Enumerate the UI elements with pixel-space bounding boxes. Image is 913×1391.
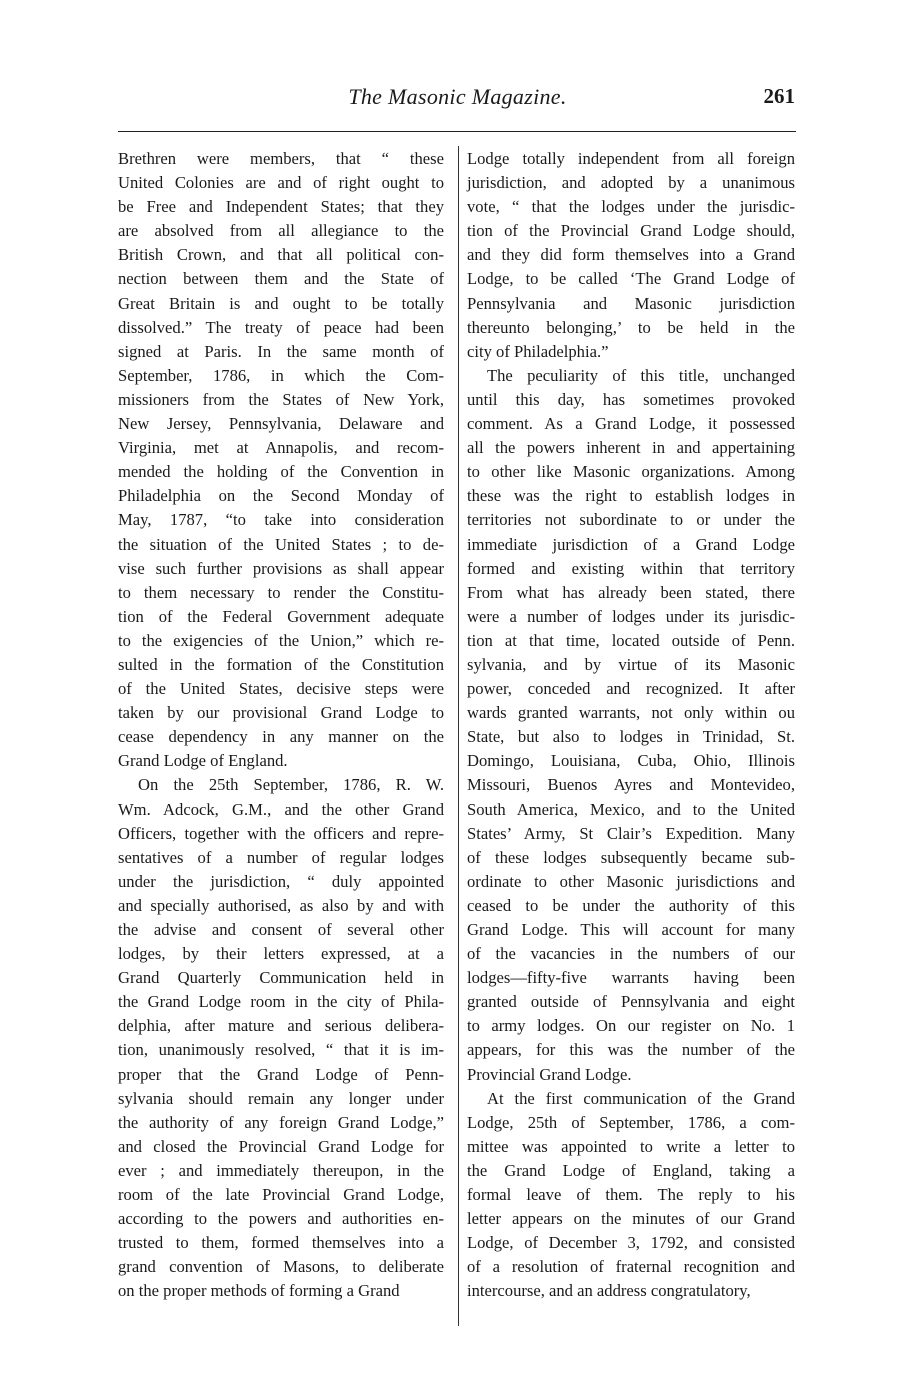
text-line: vise such further provisions as shall ap…	[118, 557, 444, 581]
text-line: At the first communication of the Grand	[467, 1087, 795, 1111]
text-line: Lodge, of December 3, 1792, and consiste…	[467, 1231, 795, 1255]
text-line: grand convention of Masons, to deliberat…	[118, 1255, 444, 1279]
text-line: immediate jurisdiction of a Grand Lodge	[467, 533, 795, 557]
text-line: tion of the Provincial Grand Lodge shoul…	[467, 219, 795, 243]
text-line: British Crown, and that all political co…	[118, 243, 444, 267]
text-line: under the jurisdiction, “ duly appointed	[118, 870, 444, 894]
running-head: The Masonic Magazine. 261	[120, 84, 795, 114]
text-line: Missouri, Buenos Ayres and Montevideo,	[467, 773, 795, 797]
text-line: lodges—fifty-five warrants having been	[467, 966, 795, 990]
text-line: signed at Paris. In the same month of	[118, 340, 444, 364]
text-line: to other like Masonic organizations. Amo…	[467, 460, 795, 484]
header-rule	[118, 131, 796, 132]
text-line: Virginia, met at Annapolis, and recom-	[118, 436, 444, 460]
text-line: formal leave of them. The reply to his	[467, 1183, 795, 1207]
text-line: to them necessary to render the Constitu…	[118, 581, 444, 605]
text-line: are absolved from all allegiance to the	[118, 219, 444, 243]
text-line: Lodge, to be called ‘The Grand Lodge of	[467, 267, 795, 291]
text-line: Officers, together with the officers and…	[118, 822, 444, 846]
text-line: vote, “ that the lodges under the jurisd…	[467, 195, 795, 219]
text-line: of a resolution of fraternal recognition…	[467, 1255, 795, 1279]
text-line: sulted in the formation of the Constitut…	[118, 653, 444, 677]
text-line: ordinate to other Masonic jurisdictions …	[467, 870, 795, 894]
text-line: sylvania should remain any longer under	[118, 1087, 444, 1111]
text-line: tion at that time, located outside of Pe…	[467, 629, 795, 653]
text-line: mended the holding of the Convention in	[118, 460, 444, 484]
text-line: letter appears on the minutes of our Gra…	[467, 1207, 795, 1231]
text-line: of the United States, decisive steps wer…	[118, 677, 444, 701]
text-line: to army lodges. On our register on No. 1	[467, 1014, 795, 1038]
text-line: power, conceded and recognized. It after	[467, 677, 795, 701]
text-line: according to the powers and authorities …	[118, 1207, 444, 1231]
text-line: granted outside of Pennsylvania and eigh…	[467, 990, 795, 1014]
text-line: tion, unanimously resolved, “ that it is…	[118, 1038, 444, 1062]
text-line: Pennsylvania and Masonic jurisdiction	[467, 292, 795, 316]
text-line: South America, Mexico, and to the United	[467, 798, 795, 822]
text-line: On the 25th September, 1786, R. W.	[118, 773, 444, 797]
text-line: room of the late Provincial Grand Lodge,	[118, 1183, 444, 1207]
left-column: Brethren were members, that “ theseUnite…	[118, 147, 444, 1304]
text-line: delphia, after mature and serious delibe…	[118, 1014, 444, 1038]
text-line: to the exigencies of the Union,” which r…	[118, 629, 444, 653]
text-line: Grand Lodge. This will account for many	[467, 918, 795, 942]
text-line: State, but also to lodges in Trinidad, S…	[467, 725, 795, 749]
text-line: New Jersey, Pennsylvania, Delaware and	[118, 412, 444, 436]
text-line: formed and existing within that territor…	[467, 557, 795, 581]
text-line: the authority of any foreign Grand Lodge…	[118, 1111, 444, 1135]
text-line: and specially authorised, as also by and…	[118, 894, 444, 918]
text-line: be Free and Independent States; that the…	[118, 195, 444, 219]
text-line: wards granted warrants, not only within …	[467, 701, 795, 725]
text-line: missioners from the States of New York,	[118, 388, 444, 412]
text-line: city of Philadelphia.”	[467, 340, 795, 364]
text-line: Great Britain is and ought to be totally	[118, 292, 444, 316]
text-line: From what has already been stated, there	[467, 581, 795, 605]
text-line: all the powers inherent in and appertain…	[467, 436, 795, 460]
text-line: nection between them and the State of	[118, 267, 444, 291]
text-line: Domingo, Louisiana, Cuba, Ohio, Illinois	[467, 749, 795, 773]
text-line: intercourse, and an address congratulato…	[467, 1279, 795, 1303]
text-line: trusted to them, formed themselves into …	[118, 1231, 444, 1255]
text-line: lodges, by their letters expressed, at a	[118, 942, 444, 966]
text-line: comment. As a Grand Lodge, it possessed	[467, 412, 795, 436]
text-line: of the vacancies in the numbers of our	[467, 942, 795, 966]
text-line: Philadelphia on the Second Monday of	[118, 484, 444, 508]
text-line: dissolved.” The treaty of peace had been	[118, 316, 444, 340]
text-line: of these lodges subsequently became sub-	[467, 846, 795, 870]
text-line: Provincial Grand Lodge.	[467, 1063, 795, 1087]
text-line: Grand Lodge of England.	[118, 749, 444, 773]
text-line: May, 1787, “to take into consideration	[118, 508, 444, 532]
column-divider	[458, 146, 459, 1326]
text-line: cease dependency in any manner on the	[118, 725, 444, 749]
text-line: tion of the Federal Government adequate	[118, 605, 444, 629]
text-line: territories not subordinate to or under …	[467, 508, 795, 532]
text-line: Lodge totally independent from all forei…	[467, 147, 795, 171]
text-line: Brethren were members, that “ these	[118, 147, 444, 171]
right-column: Lodge totally independent from all forei…	[467, 147, 795, 1304]
text-line: sylvania, and by virtue of its Masonic	[467, 653, 795, 677]
text-line: September, 1786, in which the Com-	[118, 364, 444, 388]
text-line: the Grand Lodge of England, taking a	[467, 1159, 795, 1183]
text-line: States’ Army, St Clair’s Expedition. Man…	[467, 822, 795, 846]
text-line: taken by our provisional Grand Lodge to	[118, 701, 444, 725]
text-line: proper that the Grand Lodge of Penn-	[118, 1063, 444, 1087]
text-line: these was the right to establish lodges …	[467, 484, 795, 508]
text-line: United Colonies are and of right ought t…	[118, 171, 444, 195]
text-line: the advise and consent of several other	[118, 918, 444, 942]
text-line: appears, for this was the number of the	[467, 1038, 795, 1062]
text-line: Grand Quarterly Communication held in	[118, 966, 444, 990]
text-line: and they did form themselves into a Gran…	[467, 243, 795, 267]
magazine-page: The Masonic Magazine. 261 Brethren were …	[0, 0, 913, 1391]
text-line: jurisdiction, and adopted by a unanimous	[467, 171, 795, 195]
text-line: on the proper methods of forming a Grand	[118, 1279, 444, 1303]
page-number: 261	[764, 84, 796, 109]
text-line: Lodge, 25th of September, 1786, a com-	[467, 1111, 795, 1135]
text-line: the Grand Lodge room in the city of Phil…	[118, 990, 444, 1014]
text-line: ever ; and immediately thereupon, in the	[118, 1159, 444, 1183]
text-line: sentatives of a number of regular lodges	[118, 846, 444, 870]
text-line: ceased to be under the authority of this	[467, 894, 795, 918]
text-line: until this day, has sometimes provoked	[467, 388, 795, 412]
text-line: thereunto belonging,’ to be held in the	[467, 316, 795, 340]
text-line: The peculiarity of this title, unchanged	[467, 364, 795, 388]
text-line: and closed the Provincial Grand Lodge fo…	[118, 1135, 444, 1159]
text-line: were a number of lodges under its jurisd…	[467, 605, 795, 629]
text-line: the situation of the United States ; to …	[118, 533, 444, 557]
running-title: The Masonic Magazine.	[120, 84, 795, 110]
text-line: Wm. Adcock, G.M., and the other Grand	[118, 798, 444, 822]
text-line: mittee was appointed to write a letter t…	[467, 1135, 795, 1159]
